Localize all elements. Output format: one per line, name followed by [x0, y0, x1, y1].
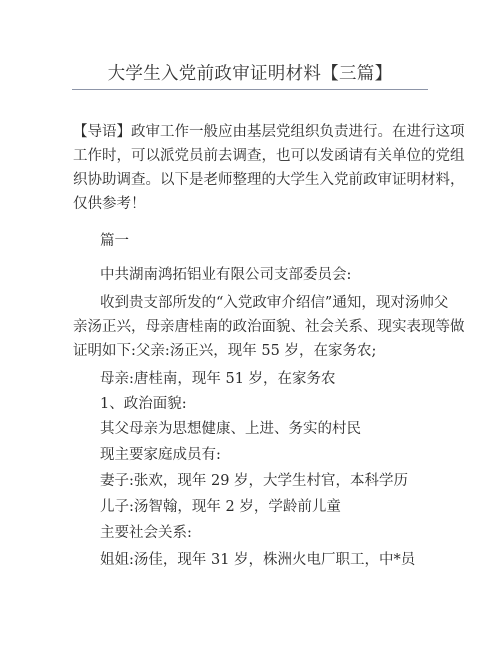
- body-line: 收到贵支部所发的“入党政审介绍信”通知，现对汤帅父: [100, 293, 448, 313]
- body-line: 现主要家庭成员有:: [100, 445, 221, 465]
- body-line: 中共湖南鸿拓铝业有限公司支部委员会:: [100, 265, 351, 285]
- document-title: 大学生入党前政审证明材料【三篇】: [0, 63, 500, 85]
- body-line: 主要社会关系:: [100, 523, 192, 543]
- section-heading: 篇一: [100, 231, 129, 251]
- body-line: 其父母亲为思想健康、上进、务实的村民: [100, 419, 361, 439]
- intro-line: 仅供参考！: [73, 194, 146, 214]
- body-line: 姐姐:汤佳，现年 31 岁，株洲火电厂职工，中*员: [100, 550, 415, 570]
- intro-line: 工作时，可以派党员前去调查，也可以发函请有关单位的党组: [73, 146, 465, 166]
- body-line: 儿子:汤智翰，现年 2 岁，学龄前儿童: [100, 497, 341, 517]
- body-line: 亲汤正兴，母亲唐桂南的政治面貌、社会关系、现实表现等做: [73, 317, 465, 337]
- title-divider: [72, 89, 428, 90]
- body-line: 妻子:张欢，现年 29 岁，大学生村官，本科学历: [100, 471, 408, 491]
- intro-line: 织协助调查。以下是老师整理的大学生入党前政审证明材料，: [73, 170, 465, 190]
- body-line: 证明如下:父亲:汤正兴，现年 55 岁，在家务农;: [73, 341, 376, 361]
- body-line: 1、政治面貌:: [100, 394, 187, 414]
- intro-line: 【导语】政审工作一般应由基层党组织负责进行。在进行这项: [73, 122, 465, 142]
- body-line: 母亲:唐桂南，现年 51 岁，在家务农: [100, 369, 336, 389]
